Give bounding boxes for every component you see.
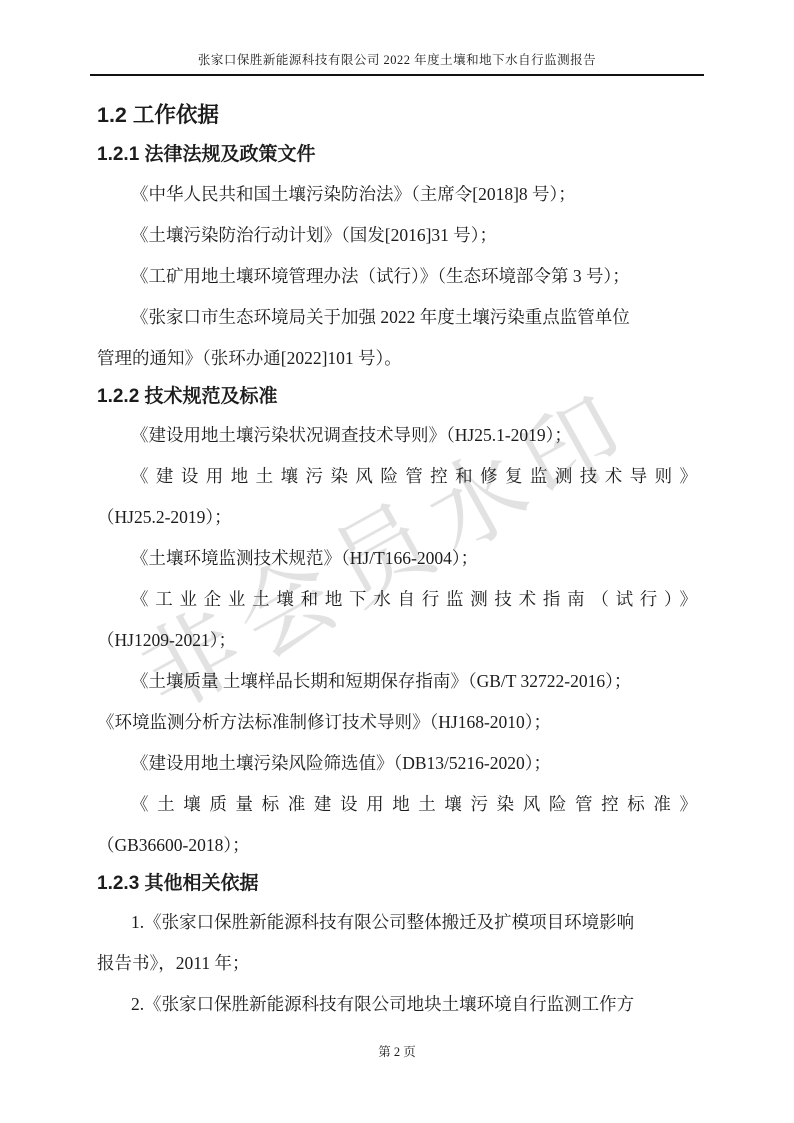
section-1-2-2-paragraphs: 《建设用地土壤污染状况调查技术导则》（HJ25.1-2019）；《建设用地土壤污… xyxy=(97,415,697,866)
page-header: 张家口保胜新能源科技有限公司 2022 年度土壤和地下水自行监测报告 xyxy=(90,50,704,76)
section-title-1-2-2: 1.2.2 技术规范及标准 xyxy=(97,379,697,415)
doc-line: （HJ1209-2021）； xyxy=(97,620,697,661)
doc-line: 《张家口市生态环境局关于加强 2022 年度土壤污染重点监管单位 xyxy=(97,297,697,338)
doc-line: 《建设用地土壤污染风险管控和修复监测技术导则》 xyxy=(97,456,697,497)
doc-line: 《土壤质量 土壤样品长期和短期保存指南》（GB/T 32722-2016）； xyxy=(97,661,697,702)
doc-line: 报告书》，2011 年； xyxy=(97,943,697,984)
section-title-1-2-3: 1.2.3 其他相关依据 xyxy=(97,866,697,902)
page-footer: 第 2 页 xyxy=(97,1042,697,1060)
doc-line: 《建设用地土壤污染风险筛选值》（DB13/5216-2020）； xyxy=(97,743,697,784)
doc-line: 《土壤污染防治行动计划》（国发[2016]31 号）； xyxy=(97,215,697,256)
section-1-2-1-paragraphs: 《中华人民共和国土壤污染防治法》（主席令[2018]8 号）；《土壤污染防治行动… xyxy=(97,174,697,379)
doc-line: 《中华人民共和国土壤污染防治法》（主席令[2018]8 号）； xyxy=(97,174,697,215)
doc-line: 《建设用地土壤污染状况调查技术导则》（HJ25.1-2019）； xyxy=(97,415,697,456)
doc-line: 《工矿用地土壤环境管理办法（试行）》（生态环境部令第 3 号）； xyxy=(97,256,697,297)
section-title-1-2: 1.2 工作依据 xyxy=(97,94,697,136)
doc-line: 《土壤环境监测技术规范》（HJ/T166-2004）； xyxy=(97,538,697,579)
doc-line: （GB36600-2018）； xyxy=(97,825,697,866)
doc-line: （HJ25.2-2019）； xyxy=(97,497,697,538)
doc-line: 管理的通知》（张环办通[2022]101 号）。 xyxy=(97,338,697,379)
document-body: 1.2 工作依据 1.2.1 法律法规及政策文件 《中华人民共和国土壤污染防治法… xyxy=(97,94,697,1025)
doc-line: 1.《张家口保胜新能源科技有限公司整体搬迁及扩模项目环境影响 xyxy=(97,902,697,943)
section-title-1-2-1: 1.2.1 法律法规及政策文件 xyxy=(97,136,697,174)
document-page: 非会员水印 张家口保胜新能源科技有限公司 2022 年度土壤和地下水自行监测报告… xyxy=(0,0,794,1123)
doc-line: 《土壤质量标准建设用地土壤污染风险管控标准》 xyxy=(97,784,697,825)
section-1-2-3-paragraphs: 1.《张家口保胜新能源科技有限公司整体搬迁及扩模项目环境影响报告书》，2011 … xyxy=(97,902,697,1025)
doc-line: 2.《张家口保胜新能源科技有限公司地块土壤环境自行监测工作方 xyxy=(97,984,697,1025)
doc-line: 《工业企业土壤和地下水自行监测技术指南（试行）》 xyxy=(97,579,697,620)
doc-line: 《环境监测分析方法标准制修订技术导则》（HJ168-2010）； xyxy=(97,702,697,743)
